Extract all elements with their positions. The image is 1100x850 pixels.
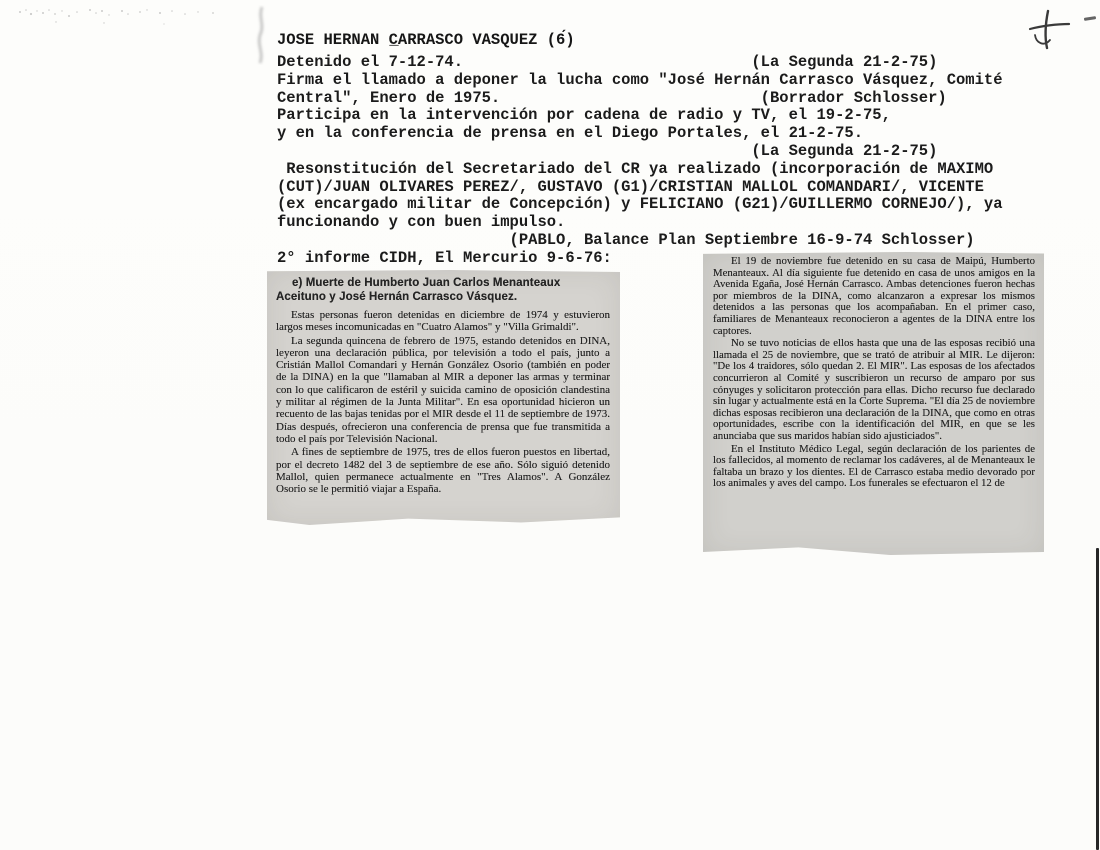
typed-line: (CUT)/JUAN OLIVARES PEREZ/, GUSTAVO (G1)…	[277, 179, 1003, 197]
ink-dash-mark	[1084, 16, 1096, 21]
typed-line: funcionando y con buen impulso.	[277, 214, 1003, 232]
typed-text-block: Detenido el 7-12-74. (La Segunda 21-2-75…	[277, 54, 1003, 268]
clipping-paragraph: La segunda quincena de febrero de 1975, …	[276, 335, 610, 446]
scanned-page: JOSE HERNAN C̲ARRASCO VASQUEZ (6́) Deten…	[0, 0, 1100, 850]
typed-line: Detenido el 7-12-74. (La Segunda 21-2-75…	[277, 54, 1003, 72]
handwritten-cross-icon	[1026, 8, 1072, 56]
clipping-paragraph: No se tuvo noticias de ellos hasta que u…	[713, 338, 1035, 442]
typed-line: (La Segunda 21-2-75)	[277, 143, 1003, 161]
typed-line: (ex encargado militar de Concepción) y F…	[277, 196, 1003, 214]
clipping-paragraph: A fines de septiembre de 1975, tres de e…	[276, 446, 610, 495]
news-clipping-right: El 19 de noviembre fue detenido en su ca…	[703, 252, 1044, 555]
scanner-noise-speckles-icon	[14, 4, 229, 30]
clipping-paragraph: Estas personas fueron detenidas en dicie…	[276, 309, 610, 334]
clipping-paragraph: El 19 de noviembre fue detenido en su ca…	[713, 256, 1035, 337]
typed-line: Resonstitución del Secretariado del CR y…	[277, 161, 1003, 179]
clipping-paragraph: En el Instituto Médico Legal, según decl…	[713, 444, 1035, 490]
news-clipping-left: e) Muerte de Humberto Juan Carlos Menant…	[267, 270, 620, 525]
typed-line: Participa en la intervención por cadena …	[277, 107, 1003, 125]
scan-edge-line	[1096, 548, 1099, 850]
clipping-left-heading: e) Muerte de Humberto Juan Carlos Menant…	[276, 277, 610, 304]
typed-line: Firma el llamado a deponer la lucha como…	[277, 72, 1003, 90]
document-title: JOSE HERNAN C̲ARRASCO VASQUEZ (6́)	[277, 31, 575, 49]
typed-line: Central", Enero de 1975. (Borrador Schlo…	[277, 90, 1003, 108]
typed-line: (PABLO, Balance Plan Septiembre 16-9-74 …	[277, 232, 1003, 250]
typed-line: y en la conferencia de prensa en el Dieg…	[277, 125, 1003, 143]
clipping-left-paragraphs: Estas personas fueron detenidas en dicie…	[276, 309, 610, 495]
ink-smudge-icon	[252, 5, 272, 65]
clipping-right-paragraphs: El 19 de noviembre fue detenido en su ca…	[713, 256, 1035, 490]
